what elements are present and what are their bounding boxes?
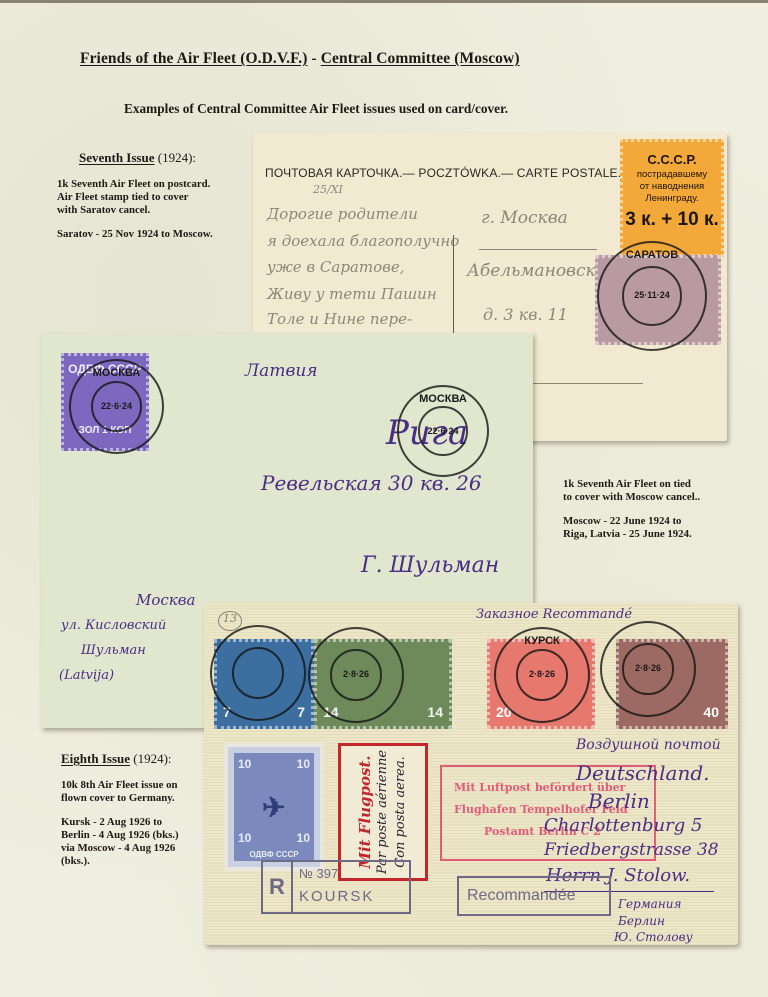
section-route: Moscow - 22 June 1924 toRiga, Latvia - 2… xyxy=(563,515,763,541)
caption-eighth-issue: Eighth Issue (1924): 10k 8th Air Fleet i… xyxy=(61,752,211,879)
address-country: Латвия xyxy=(245,361,318,381)
address-recipient: Г. Шульман xyxy=(361,553,499,578)
address-street: Ревельская 30 кв. 26 xyxy=(261,471,482,495)
sender-line: Москва xyxy=(136,591,195,609)
stamp-leningrad-flood-3k: С.С.С.Р. пострадавшемуот наводненияЛенин… xyxy=(620,139,724,257)
recommandee-cachet: Recommandée xyxy=(457,876,611,916)
address-ru-line: Ю. Столову xyxy=(614,930,693,944)
section-description: 1k Seventh Air Fleet on postcard.Air Fle… xyxy=(57,178,252,217)
address-country: Deutschland. xyxy=(576,761,710,785)
address-line: Воздушной почтой xyxy=(576,737,721,753)
handwritten-message-line: Живу у тети Пашин xyxy=(267,285,437,303)
address-city: Berlin xyxy=(588,789,650,813)
address-rule xyxy=(479,249,597,250)
caption-seventh-issue: Seventh Issue (1924): 1k Seventh Air Fle… xyxy=(57,151,252,252)
sender-line: (Latvija) xyxy=(59,668,114,683)
address-ru-line: Берлин xyxy=(618,914,665,928)
handwritten-message-line: Толе и Нине пере- xyxy=(267,310,412,328)
registered-note: Заказное Recommandé xyxy=(476,607,632,622)
page-subtitle: Examples of Central Committee Air Fleet … xyxy=(124,101,508,117)
postcard-header: ПОЧТОВАЯ КАРТОЧКА.— POCZTÓWKA.— CARTE PO… xyxy=(265,166,621,180)
kursk-postmark xyxy=(210,625,306,721)
moscow-postmark-stamp: МОСКВА 22·6·24 xyxy=(69,359,164,454)
page-top-border xyxy=(0,0,768,3)
sender-line: Шульман xyxy=(81,643,146,658)
section-heading: Seventh Issue (1924): xyxy=(79,151,252,164)
handwritten-message-line: Дорогие родители xyxy=(267,205,418,223)
moscow-postmark: МОСКВА 22·6·24 xyxy=(397,385,489,477)
title-separator: - xyxy=(308,50,321,67)
kursk-postmark: 2·8·26 xyxy=(600,621,696,717)
registration-label: R № 397 KOURSK xyxy=(261,860,411,914)
address-rule xyxy=(523,383,643,384)
section-description: 1k Seventh Air Fleet on tiedto cover wit… xyxy=(563,478,763,504)
airplane-icon: ✈ xyxy=(262,791,285,824)
section-heading: Eighth Issue (1924): xyxy=(61,752,211,765)
section-route: Kursk - 2 Aug 1926 toBerlin - 4 Aug 1926… xyxy=(61,816,211,868)
handwritten-address-line: д. 3 кв. 11 xyxy=(483,305,568,324)
saratov-postmark: САРАТОВ 25·11·24 xyxy=(597,241,707,351)
kursk-postmark: КУРСК2·8·26 xyxy=(494,627,590,723)
section-description: 10k 8th Air Fleet issue onflown cover to… xyxy=(61,779,211,805)
kursk-berlin-cover: Заказное Recommandé 13 77 1414 20 40 2·8… xyxy=(204,603,738,945)
handwritten-message-line: уже в Саратове, xyxy=(267,258,405,276)
address-street: Friedbergstrasse 38 xyxy=(544,840,719,860)
title-part2: Central Committee (Moscow) xyxy=(321,50,520,67)
stamp-odvf-10k-airplane: 10 10 ✈ 10 10 ОДВФ СССР xyxy=(224,743,324,871)
handwritten-date: 25/XI xyxy=(313,183,343,196)
handwritten-message-line: я доехала благополучно xyxy=(267,232,459,250)
sender-line: ул. Кисловский xyxy=(61,618,166,633)
address-ru-line: Германия xyxy=(618,897,681,911)
kursk-postmark: 2·8·26 xyxy=(308,627,404,723)
section-route: Saratov - 25 Nov 1924 to Moscow. xyxy=(57,228,252,241)
handwritten-address-line: г. Москва xyxy=(481,208,568,228)
caption-moscow-riga: 1k Seventh Air Fleet on tiedto cover wit… xyxy=(563,478,763,552)
title-part1: Friends of the Air Fleet (O.D.V.F.) xyxy=(80,50,308,67)
address-district: Charlottenburg 5 xyxy=(544,815,702,836)
page-title: Friends of the Air Fleet (O.D.V.F.) - Ce… xyxy=(80,50,520,68)
